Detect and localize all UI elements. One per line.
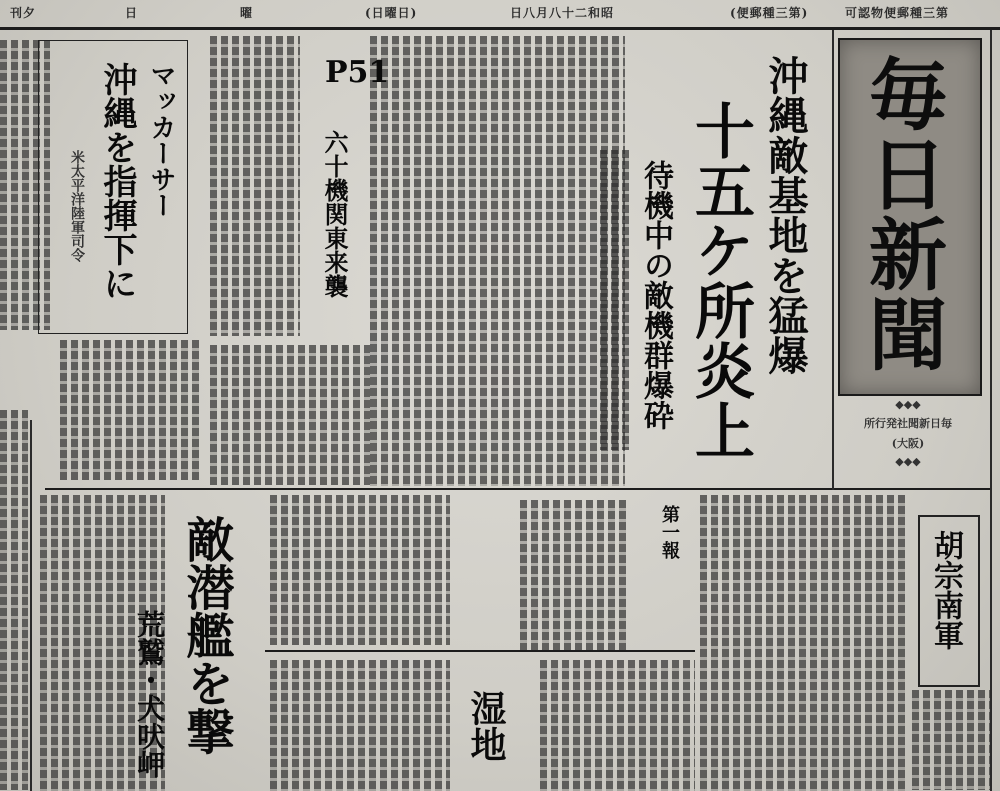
- main-story-body: [370, 36, 625, 486]
- header-day: 日: [125, 4, 138, 21]
- header-weekday-paren: (日曜日): [365, 4, 417, 21]
- lower-divider: [265, 650, 695, 652]
- masthead-vertical-rule: [832, 30, 834, 490]
- masthead: 毎日新聞: [838, 38, 982, 396]
- main-story-body-inner: [600, 150, 630, 450]
- macarthur-subheadline: 米太平洋陸軍司令: [70, 150, 84, 262]
- submarine-headline: 敵潜艦を撃: [182, 515, 230, 755]
- masthead-title: 毎日新聞: [862, 54, 940, 374]
- header-postal: (便郵種三第): [730, 4, 808, 21]
- date-header-band: 刊夕 日 曜 (日曜日) 日八月八十二和昭 (便郵種三第) 可認物便郵種三第: [0, 0, 1000, 30]
- main-headline-large: 十五ケ所炎上: [690, 100, 750, 460]
- submarine-subheadline: 荒鷲・犬吠岬: [135, 610, 163, 778]
- far-left-column: [0, 410, 28, 790]
- right-border-rule: [990, 30, 992, 791]
- masthead-imprint: ◆◆◆ 所行発社聞新日毎 (大阪) ◆◆◆: [838, 394, 978, 494]
- main-subheadline: 待機中の敵機群爆砕: [640, 160, 670, 430]
- center-lower-body: [210, 345, 370, 485]
- imprint-line: (大阪): [838, 435, 978, 451]
- header-weekday: 曜: [240, 4, 253, 21]
- left-vertical-rule: [30, 420, 32, 791]
- submarine-story-body: [270, 660, 450, 791]
- imprint-line: ◆◆◆: [838, 455, 978, 468]
- macarthur-kicker: マッカーサー: [148, 62, 174, 218]
- right-box-headline: 胡宗南軍: [930, 530, 960, 650]
- macarthur-headline: 沖縄を指揮下に: [100, 62, 134, 300]
- section-divider: [45, 488, 990, 490]
- p51-subheadline: 六十機関東来襲: [322, 130, 346, 298]
- main-headline-small: 沖縄敵基地を猛爆: [765, 55, 805, 375]
- left-lower-body: [60, 340, 200, 480]
- first-report-label: 第一報: [660, 505, 678, 559]
- imprint-line: 所行発社聞新日毎: [838, 415, 978, 431]
- wetland-headline: 湿地: [468, 690, 504, 762]
- header-edition: 刊夕: [10, 4, 36, 21]
- header-registration: 可認物便郵種三第: [845, 4, 949, 21]
- p51-story-body: [210, 36, 300, 336]
- right-box-body: [912, 690, 990, 790]
- lower-center-body: [270, 495, 450, 645]
- imprint-line: ◆◆◆: [838, 398, 978, 411]
- wetland-story-body: [540, 660, 695, 791]
- p51-headline: P51: [325, 55, 389, 90]
- first-report-body: [520, 500, 630, 650]
- header-rule: [0, 27, 1000, 30]
- header-date: 日八月八十二和昭: [510, 4, 614, 21]
- right-lower-body: [700, 495, 905, 791]
